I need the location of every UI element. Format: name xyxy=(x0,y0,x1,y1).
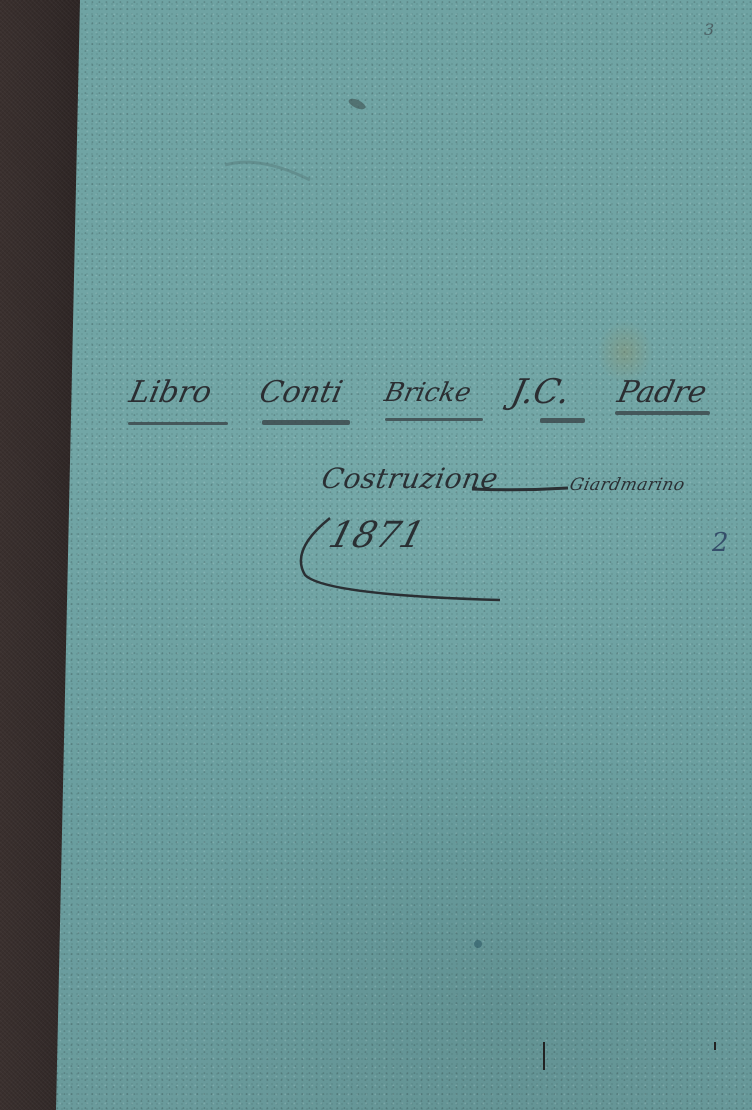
title-word-libro: Libro xyxy=(126,375,215,410)
page-number: 3 xyxy=(704,20,714,39)
ledger-cover-page: 3 Libro Conti Bricke J.C. Padre Costruzi… xyxy=(0,0,752,1110)
title-word-initials: J.C. xyxy=(508,372,574,412)
blue-ink-mark: 2 xyxy=(712,528,729,558)
title-underline xyxy=(540,418,585,423)
pencil-tick-mark xyxy=(543,1042,545,1070)
pencil-tick-mark xyxy=(714,1042,716,1050)
subtitle-secondary: Giardmarino xyxy=(568,475,687,495)
title-word-padre: Padre xyxy=(614,375,709,410)
title-word-bricke: Bricke xyxy=(382,378,474,408)
title-underline xyxy=(615,411,710,415)
title-underline xyxy=(262,420,350,425)
ink-dot xyxy=(474,940,482,948)
title-underline xyxy=(385,418,483,421)
year: 1871 xyxy=(325,515,430,556)
faint-stroke-mark xyxy=(220,155,320,185)
subtitle-flourish xyxy=(470,482,570,496)
title-underline xyxy=(128,422,228,425)
title-word-conti: Conti xyxy=(256,375,345,410)
